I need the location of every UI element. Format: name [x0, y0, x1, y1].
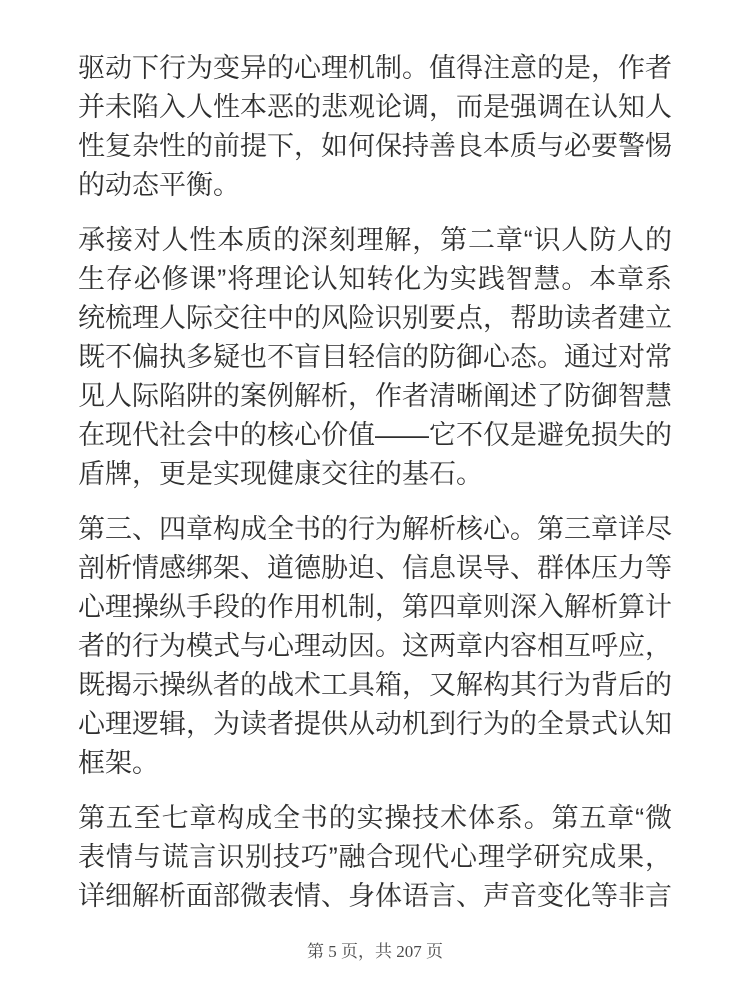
paragraph-4: 第五至七章构成全书的实操技术体系。第五章“微表情与谎言识别技巧”融合现代心理学研…	[78, 799, 672, 916]
page-number-footer: 第 5 页，共 207 页	[0, 941, 750, 963]
page-text-body: 驱动下行为变异的心理机制。值得注意的是，作者并未陷入人性本恶的悲观论调，而是强调…	[78, 49, 672, 916]
paragraph-3: 第三、四章构成全书的行为解析核心。第三章详尽剖析情感绑架、道德胁迫、信息误导、群…	[78, 510, 672, 783]
paragraph-2: 承接对人性本质的深刻理解，第二章“识人防人的生存必修课”将理论认知转化为实践智慧…	[78, 221, 672, 494]
paragraph-1: 驱动下行为变异的心理机制。值得注意的是，作者并未陷入人性本恶的悲观论调，而是强调…	[78, 49, 672, 205]
document-page: 驱动下行为变异的心理机制。值得注意的是，作者并未陷入人性本恶的悲观论调，而是强调…	[0, 0, 750, 1000]
